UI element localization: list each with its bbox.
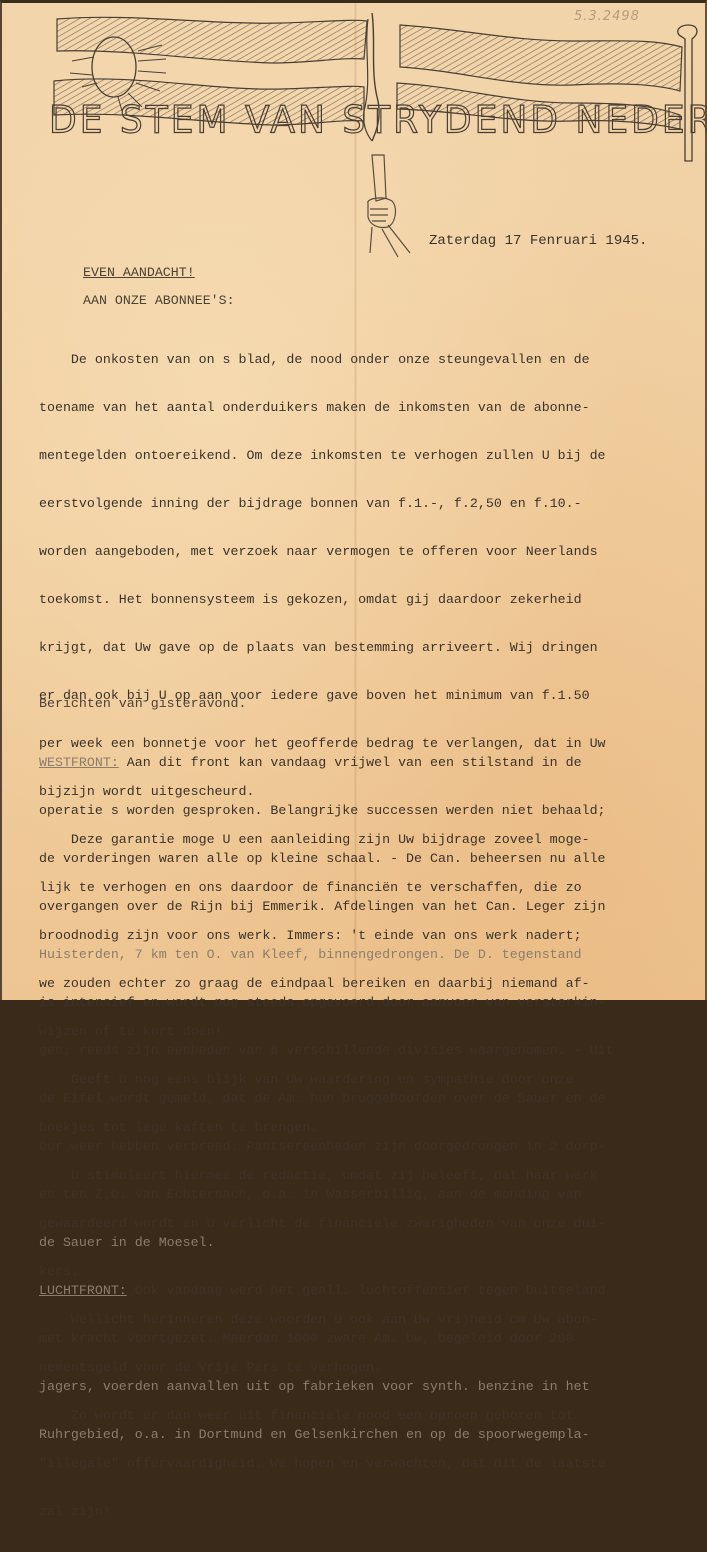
- newspaper-page: 5.3.2498: [0, 0, 707, 1000]
- westfront-line: WESTFRONT: Aan dit front kan vandaag vri…: [39, 755, 679, 771]
- body-line: overgangen over de Rijn bij Emmerik. Afd…: [39, 899, 679, 915]
- body-line: Huisterden, 7 km ten O. van Kleef, binne…: [39, 947, 679, 963]
- body-line: worden aangeboden, met verzoek naar verm…: [39, 544, 679, 560]
- body-line: toename van het aantal onderduikers make…: [39, 400, 679, 416]
- body-line: krijgt, dat Uw gave op de plaats van bes…: [39, 640, 679, 656]
- body-line-text: Aan dit front kan vandaag vrijwel van ee…: [119, 755, 582, 770]
- newspaper-title: DE STEM VAN STRYDEND NEDERLAND: [49, 99, 707, 142]
- issue-date: Zaterdag 17 Fenruari 1945.: [429, 233, 647, 249]
- body-line: toekomst. Het bonnensysteem is gekozen, …: [39, 592, 679, 608]
- body-line: mentegelden ontoereikend. Om deze inkoms…: [39, 448, 679, 464]
- masthead-illustration: [42, 11, 702, 171]
- body-line: de vorderingen waren alle op kleine scha…: [39, 851, 679, 867]
- westfront-label: WESTFRONT:: [39, 755, 119, 770]
- section-subheading-abonnees: AAN ONZE ABONNEE'S:: [83, 293, 235, 308]
- section-heading-even-aandacht: EVEN AANDACHT!: [83, 265, 195, 280]
- body-line: is intensief en wordt nog steeds opgevoe…: [39, 995, 679, 1000]
- body-line: operatie s worden gesproken. Belangrijke…: [39, 803, 679, 819]
- war-news-body: WESTFRONT: Aan dit front kan vandaag vri…: [39, 723, 679, 1000]
- section-heading-berichten: Berichten van gisteravond.: [39, 696, 246, 711]
- body-line: eerstvolgende inning der bijdrage bonnen…: [39, 496, 679, 512]
- raised-fist-icon: [362, 153, 412, 263]
- flags-drawing-icon: [42, 11, 702, 171]
- body-line: De onkosten van on s blad, de nood onder…: [39, 352, 679, 368]
